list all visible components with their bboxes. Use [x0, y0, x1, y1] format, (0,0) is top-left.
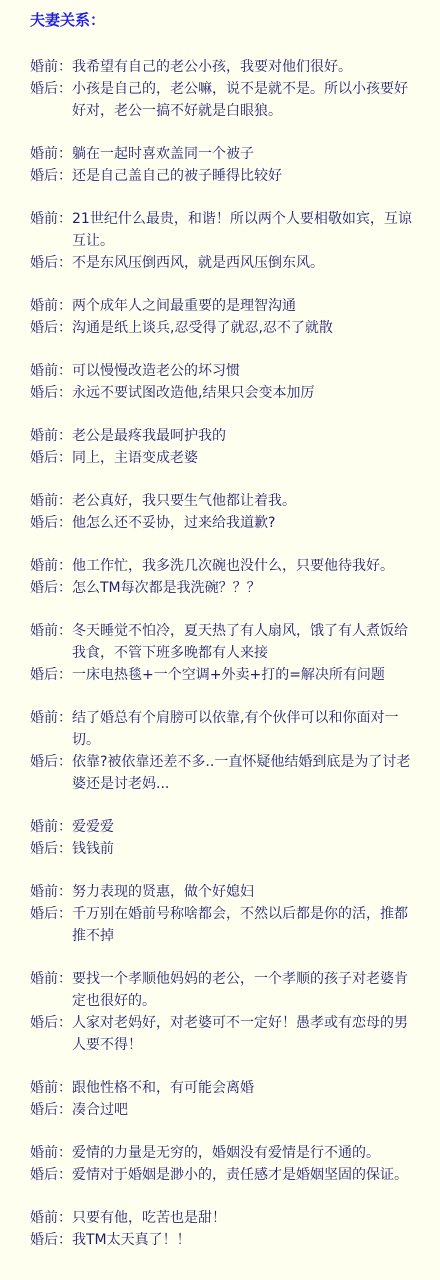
before-text: 要找一个孝顺他妈妈的老公，一个孝顺的孩子对老婆肯定也很好的。 [72, 968, 412, 1012]
before-line: 婚前： 躺在一起时喜欢盖同一个被子 [30, 143, 412, 165]
before-line: 婚前： 可以慢慢改造老公的坏习惯 [30, 360, 412, 382]
after-line: 婚后： 钱钱前 [30, 838, 412, 860]
qa-pair: 婚前： 跟他性格不和，有可能会离婚 婚后： 凑合过吧 [30, 1077, 412, 1121]
qa-pair: 婚前： 可以慢慢改造老公的坏习惯 婚后： 永远不要试图改造他,结果只会变本加厉 [30, 360, 412, 404]
after-text: 同上，主语变成老婆 [72, 447, 412, 469]
before-label: 婚前： [30, 1142, 72, 1164]
after-text: 小孩是自己的，老公嘛，说不是就不是。所以小孩要好好对，老公一搞不好就是白眼狼。 [72, 78, 412, 122]
page-title: 夫妻关系： [30, 9, 412, 31]
before-line: 婚前： 两个成年人之间最重要的是理智沟通 [30, 295, 412, 317]
before-line: 婚前： 冬天睡觉不怕冷，夏天热了有人扇风，饿了有人煮饭给我食，不管下班多晚都有人… [30, 620, 412, 664]
before-label: 婚前： [30, 360, 72, 382]
before-line: 婚前： 努力表现的贤惠，做个好媳妇 [30, 881, 412, 903]
before-label: 婚前： [30, 881, 72, 903]
after-text: 依靠?被依靠还差不多..一直怀疑他结婚到底是为了讨老婆还是讨老妈... [72, 751, 412, 795]
before-line: 婚前： 要找一个孝顺他妈妈的老公，一个孝顺的孩子对老婆肯定也很好的。 [30, 968, 412, 1012]
after-line: 婚后： 永远不要试图改造他,结果只会变本加厉 [30, 382, 412, 404]
qa-pair: 婚前： 躺在一起时喜欢盖同一个被子 婚后： 还是自己盖自己的被子睡得比较好 [30, 143, 412, 187]
before-text: 老公真好，我只要生气他都让着我。 [72, 490, 412, 512]
after-label: 婚后： [30, 78, 72, 100]
before-line: 婚前： 跟他性格不和，有可能会离婚 [30, 1077, 412, 1099]
after-text: 不是东风压倒西风，就是西风压倒东风。 [72, 252, 412, 274]
before-line: 婚前： 21世纪什么最贵，和谐！所以两个人要相敬如宾，互谅互让。 [30, 208, 412, 252]
after-line: 婚后： 不是东风压倒西风，就是西风压倒东风。 [30, 252, 412, 274]
before-text: 他工作忙，我多洗几次碗也没什么，只要他待我好。 [72, 555, 412, 577]
after-line: 婚后： 他怎么还不妥协，过来给我道歉? [30, 512, 412, 534]
after-label: 婚后： [30, 838, 72, 860]
after-text: 永远不要试图改造他,结果只会变本加厉 [72, 382, 412, 404]
after-text: 钱钱前 [72, 838, 412, 860]
before-label: 婚前： [30, 1077, 72, 1099]
before-text: 冬天睡觉不怕冷，夏天热了有人扇风，饿了有人煮饭给我食，不管下班多晚都有人来接 [72, 620, 412, 664]
after-label: 婚后： [30, 512, 72, 534]
after-label: 婚后： [30, 317, 72, 339]
before-line: 婚前： 结了婚总有个肩膀可以依靠,有个伙伴可以和你面对一切。 [30, 707, 412, 751]
before-label: 婚前： [30, 968, 72, 990]
before-line: 婚前： 我希望有自己的老公小孩，我要对他们很好。 [30, 56, 412, 78]
after-line: 婚后： 同上，主语变成老婆 [30, 447, 412, 469]
after-text: 凑合过吧 [72, 1099, 412, 1121]
after-text: 还是自己盖自己的被子睡得比较好 [72, 165, 412, 187]
before-text: 只要有他，吃苦也是甜！ [72, 1207, 412, 1229]
before-line: 婚前： 他工作忙，我多洗几次碗也没什么，只要他待我好。 [30, 555, 412, 577]
after-text: 千万别在婚前号称啥都会，不然以后都是你的活，推都推不掉 [72, 903, 412, 947]
after-line: 婚后： 沟通是纸上谈兵,忍受得了就忍,忍不了就散 [30, 317, 412, 339]
before-text: 努力表现的贤惠，做个好媳妇 [72, 881, 412, 903]
after-line: 婚后： 凑合过吧 [30, 1099, 412, 1121]
after-label: 婚后： [30, 664, 72, 686]
after-label: 婚后： [30, 165, 72, 187]
before-label: 婚前： [30, 295, 72, 317]
after-line: 婚后： 千万别在婚前号称啥都会，不然以后都是你的活，推都推不掉 [30, 903, 412, 947]
before-text: 跟他性格不和，有可能会离婚 [72, 1077, 412, 1099]
before-label: 婚前： [30, 143, 72, 165]
before-label: 婚前： [30, 555, 72, 577]
qa-pair: 婚前： 结了婚总有个肩膀可以依靠,有个伙伴可以和你面对一切。 婚后： 依靠?被依… [30, 707, 412, 795]
before-line: 婚前： 只要有他，吃苦也是甜！ [30, 1207, 412, 1229]
before-label: 婚前： [30, 208, 72, 230]
before-line: 婚前： 爱情的力量是无穷的，婚姻没有爱情是行不通的。 [30, 1142, 412, 1164]
before-line: 婚前： 爱爱爱 [30, 816, 412, 838]
before-text: 结了婚总有个肩膀可以依靠,有个伙伴可以和你面对一切。 [72, 707, 412, 751]
qa-pair: 婚前： 21世纪什么最贵，和谐！所以两个人要相敬如宾，互谅互让。 婚后： 不是东… [30, 208, 412, 274]
qa-pair: 婚前： 老公是最疼我最呵护我的 婚后： 同上，主语变成老婆 [30, 425, 412, 469]
qa-pair: 婚前： 要找一个孝顺他妈妈的老公，一个孝顺的孩子对老婆肯定也很好的。 婚后： 人… [30, 968, 412, 1056]
qa-pair: 婚前： 冬天睡觉不怕冷，夏天热了有人扇风，饿了有人煮饭给我食，不管下班多晚都有人… [30, 620, 412, 686]
after-line: 婚后： 依靠?被依靠还差不多..一直怀疑他结婚到底是为了讨老婆还是讨老妈... [30, 751, 412, 795]
after-label: 婚后： [30, 1099, 72, 1121]
after-text: 爱情对于婚姻是渺小的，责任感才是婚姻坚固的保证。 [72, 1164, 412, 1186]
before-text: 我希望有自己的老公小孩，我要对他们很好。 [72, 56, 412, 78]
qa-pair: 婚前： 两个成年人之间最重要的是理智沟通 婚后： 沟通是纸上谈兵,忍受得了就忍,… [30, 295, 412, 339]
qa-list: 婚前： 我希望有自己的老公小孩，我要对他们很好。 婚后： 小孩是自己的，老公嘛，… [30, 56, 412, 1251]
after-label: 婚后： [30, 577, 72, 599]
after-text: 他怎么还不妥协，过来给我道歉? [72, 512, 412, 534]
before-text: 两个成年人之间最重要的是理智沟通 [72, 295, 412, 317]
after-text: 我TM太天真了！！ [72, 1229, 412, 1251]
after-label: 婚后： [30, 447, 72, 469]
before-text: 躺在一起时喜欢盖同一个被子 [72, 143, 412, 165]
before-text: 可以慢慢改造老公的坏习惯 [72, 360, 412, 382]
qa-pair: 婚前： 只要有他，吃苦也是甜！ 婚后： 我TM太天真了！！ [30, 1207, 412, 1251]
qa-pair: 婚前： 我希望有自己的老公小孩，我要对他们很好。 婚后： 小孩是自己的，老公嘛，… [30, 56, 412, 122]
qa-pair: 婚前： 老公真好，我只要生气他都让着我。 婚后： 他怎么还不妥协，过来给我道歉? [30, 490, 412, 534]
before-label: 婚前： [30, 707, 72, 729]
before-text: 老公是最疼我最呵护我的 [72, 425, 412, 447]
after-line: 婚后： 爱情对于婚姻是渺小的，责任感才是婚姻坚固的保证。 [30, 1164, 412, 1186]
before-text: 21世纪什么最贵，和谐！所以两个人要相敬如宾，互谅互让。 [72, 208, 412, 252]
after-label: 婚后： [30, 1229, 72, 1251]
before-label: 婚前： [30, 816, 72, 838]
before-line: 婚前： 老公是最疼我最呵护我的 [30, 425, 412, 447]
after-line: 婚后： 小孩是自己的，老公嘛，说不是就不是。所以小孩要好好对，老公一搞不好就是白… [30, 78, 412, 122]
before-label: 婚前： [30, 1207, 72, 1229]
before-label: 婚前： [30, 620, 72, 642]
qa-pair: 婚前： 他工作忙，我多洗几次碗也没什么，只要他待我好。 婚后： 怎么TM每次都是… [30, 555, 412, 599]
qa-pair: 婚前： 爱爱爱 婚后： 钱钱前 [30, 816, 412, 860]
before-label: 婚前： [30, 425, 72, 447]
after-line: 婚后： 人家对老妈好，对老婆可不一定好！愚孝或有恋母的男人要不得！ [30, 1012, 412, 1056]
after-label: 婚后： [30, 252, 72, 274]
before-label: 婚前： [30, 56, 72, 78]
before-text: 爱爱爱 [72, 816, 412, 838]
before-line: 婚前： 老公真好，我只要生气他都让着我。 [30, 490, 412, 512]
qa-pair: 婚前： 努力表现的贤惠，做个好媳妇 婚后： 千万别在婚前号称啥都会，不然以后都是… [30, 881, 412, 947]
after-line: 婚后： 一床电热毯+一个空调+外卖+打的=解决所有问题 [30, 664, 412, 686]
after-label: 婚后： [30, 751, 72, 773]
before-label: 婚前： [30, 490, 72, 512]
after-text: 一床电热毯+一个空调+外卖+打的=解决所有问题 [72, 664, 412, 686]
after-label: 婚后： [30, 1012, 72, 1034]
after-text: 怎么TM每次都是我洗碗？？？ [72, 577, 412, 599]
after-label: 婚后： [30, 903, 72, 925]
before-text: 爱情的力量是无穷的，婚姻没有爱情是行不通的。 [72, 1142, 412, 1164]
after-text: 沟通是纸上谈兵,忍受得了就忍,忍不了就散 [72, 317, 412, 339]
qa-pair: 婚前： 爱情的力量是无穷的，婚姻没有爱情是行不通的。 婚后： 爱情对于婚姻是渺小… [30, 1142, 412, 1186]
after-line: 婚后： 还是自己盖自己的被子睡得比较好 [30, 165, 412, 187]
after-text: 人家对老妈好，对老婆可不一定好！愚孝或有恋母的男人要不得！ [72, 1012, 412, 1056]
after-line: 婚后： 怎么TM每次都是我洗碗？？？ [30, 577, 412, 599]
after-line: 婚后： 我TM太天真了！！ [30, 1229, 412, 1251]
after-label: 婚后： [30, 1164, 72, 1186]
after-label: 婚后： [30, 382, 72, 404]
